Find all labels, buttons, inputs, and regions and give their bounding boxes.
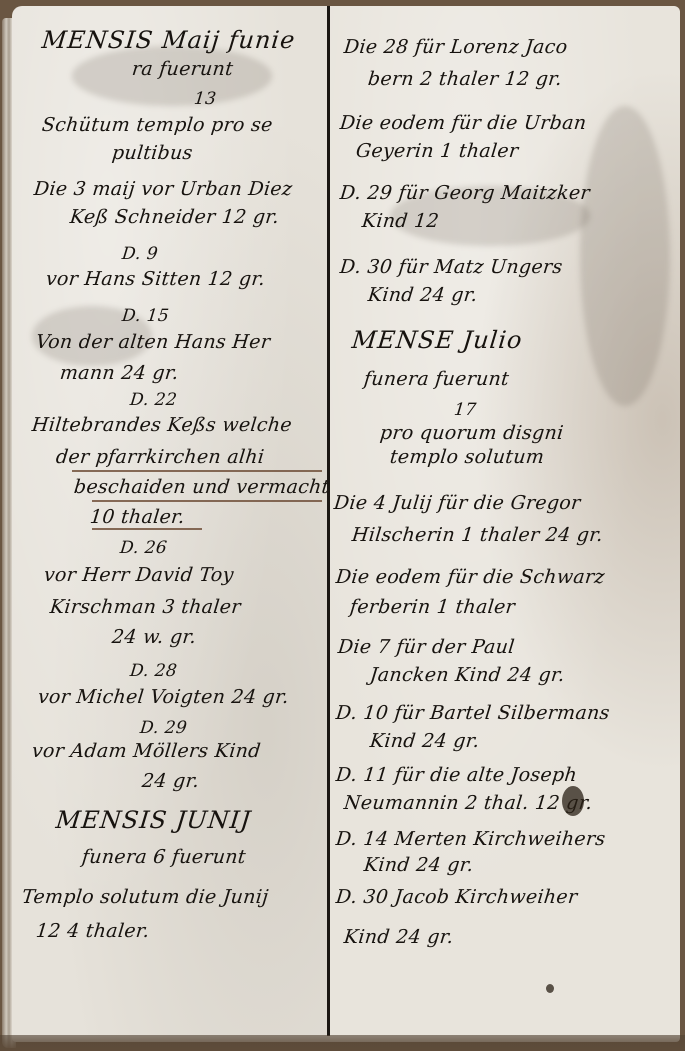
- entry-line: Die 28 für Lorenz Jaco: [343, 36, 569, 58]
- gutter-ruling: [327, 6, 330, 1036]
- day-label: D. 22: [129, 390, 178, 410]
- entry-line: 24 w. gr.: [111, 626, 198, 648]
- entry-line: D. 30 für Matz Ungers: [339, 256, 564, 278]
- entry-line: beschaiden und vermacht: [73, 476, 331, 498]
- entry-line: vor Michel Voigten 24 gr.: [37, 686, 290, 708]
- entry-line: vor Adam Möllers Kind: [31, 740, 262, 762]
- entry-line: D. 11 für die alte Joseph: [335, 764, 578, 786]
- entry-line: Geyerin 1 thaler: [355, 140, 520, 162]
- entry-line: Die 4 Julij für die Gregor: [333, 492, 582, 514]
- entry-line: 24 gr.: [141, 770, 201, 792]
- text-line: pultibus: [111, 142, 194, 164]
- heading-mensis-maij: MENSIS Maij funie: [41, 26, 297, 54]
- day-label: D. 28: [129, 661, 178, 681]
- entry-line: Kirschman 3 thaler: [49, 596, 242, 618]
- entry-line: Kind 24 gr.: [367, 284, 479, 306]
- ink-spot: [546, 984, 554, 993]
- entry-line: D. 29 für Georg Maitzker: [339, 182, 591, 204]
- entry-line: Hilscherin 1 thaler 24 gr.: [351, 524, 604, 546]
- entry-line: Kind 24 gr.: [363, 854, 475, 876]
- entry-line: vor Herr David Toy: [43, 564, 235, 586]
- day-label: D. 26: [119, 538, 168, 558]
- entry-line: Die eodem für die Urban: [339, 112, 588, 134]
- entry-line: bern 2 thaler 12 gr.: [367, 68, 563, 90]
- text-line: Templo solutum die Junij: [21, 886, 270, 908]
- entry-line: Die eodem für die Schwarz: [335, 566, 606, 588]
- entry-line: Die 7 für der Paul: [337, 636, 516, 658]
- entry-line: 10 thaler.: [89, 506, 186, 528]
- ink-blot: [562, 786, 584, 816]
- text-line: ra fuerunt: [131, 58, 234, 80]
- text-line: Schütum templo pro se: [41, 114, 274, 136]
- entry-line: D. 30 Jacob Kirchweiher: [335, 886, 579, 908]
- day-label: D. 9: [121, 244, 159, 264]
- underline: [92, 528, 202, 530]
- entry-line: mann 24 gr.: [59, 362, 180, 384]
- text-line: pro quorum disgni: [379, 422, 565, 444]
- entry-line: Die 3 maij vor Urban Diez: [33, 178, 294, 200]
- entry-line: Kind 12: [361, 210, 440, 232]
- entry-line: Neumannin 2 thal. 12 gr.: [343, 792, 594, 814]
- day-label: D. 29: [139, 718, 188, 738]
- right-page: Die 28 für Lorenz Jaco bern 2 thaler 12 …: [330, 6, 680, 1042]
- entry-line: Keß Schneider 12 gr.: [69, 206, 280, 228]
- text-line: templo solutum: [389, 446, 546, 468]
- entry-line: D. 14 Merten Kirchweihers: [335, 828, 607, 850]
- text-line: funera fuerunt: [363, 368, 510, 390]
- heading-mense-julio: MENSE Julio: [351, 326, 525, 354]
- entry-line: Kind 24 gr.: [369, 730, 481, 752]
- entry-line: D. 10 für Bartel Silbermans: [335, 702, 611, 724]
- entry-line: Jancken Kind 24 gr.: [369, 664, 566, 686]
- book-spread: MENSIS Maij funie ra fuerunt 13 Schütum …: [0, 0, 685, 1051]
- entry-line: vor Hans Sitten 12 gr.: [45, 268, 266, 290]
- entry-line: ferberin 1 thaler: [349, 596, 516, 618]
- entry-line: Hiltebrandes Keßs welche: [31, 414, 293, 436]
- underline: [72, 470, 322, 472]
- entry-line: Von der alten Hans Her: [35, 331, 272, 353]
- entry-line: Kind 24 gr.: [343, 926, 455, 948]
- left-page: MENSIS Maij funie ra fuerunt 13 Schütum …: [12, 6, 330, 1042]
- text-line: funera 6 fuerunt: [81, 846, 247, 868]
- book-bottom-edge: [0, 1035, 685, 1051]
- count: 17: [453, 400, 477, 420]
- stain: [580, 106, 670, 406]
- heading-mensis-junij: MENSIS JUNIJ: [55, 806, 253, 834]
- count: 13: [193, 89, 217, 109]
- entry-line: der pfarrkirchen alhi: [55, 446, 266, 468]
- text-line: 12 4 thaler.: [35, 920, 151, 942]
- underline: [92, 500, 322, 502]
- day-label: D. 15: [121, 306, 170, 326]
